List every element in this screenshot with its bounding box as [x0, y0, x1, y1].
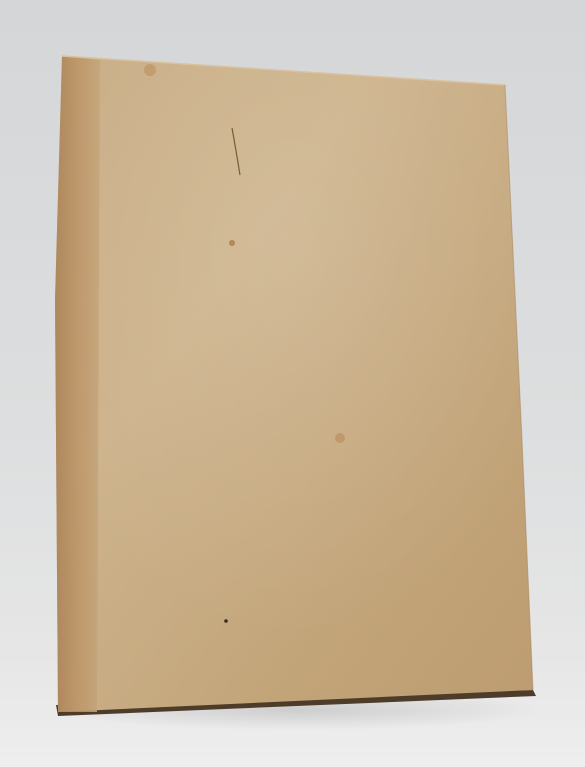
dot-mark — [224, 619, 228, 623]
dust-jacket-spine-fold — [55, 56, 100, 712]
stain-mark — [229, 240, 235, 246]
book — [0, 0, 585, 767]
